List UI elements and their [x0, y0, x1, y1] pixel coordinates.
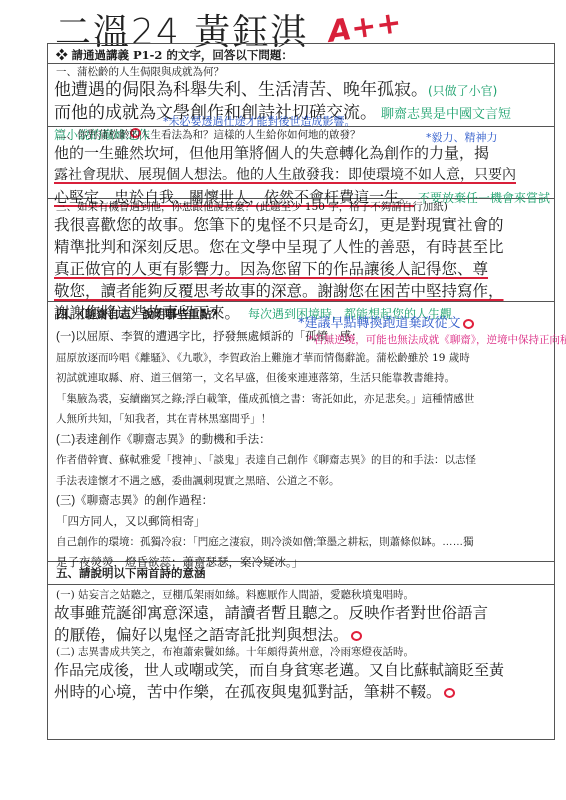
- point-3-text: 自己創作的環境：孤獨冷寂：「門庭之淒寂，則冷淡如僧;筆墨之耕耘，則蕭條似缽。………: [48, 532, 554, 553]
- answer-3-line-2: 精準批判和深刻反思。您在文學中呈現了人性的善惡，有時甚至比: [48, 236, 554, 258]
- poem-2-answer-line-2: 州時的心境，苦中作樂，在孤夜與鬼狐對話，筆耕不輟。: [48, 681, 554, 703]
- teacher-note: *未必要透過仕途才能對後世造成影響。: [163, 113, 356, 129]
- poem-1-answer-line-1: 故事雖荒誕卻寓意深遠，請讀者暫且聽之。反映作者對世俗語言: [48, 602, 554, 624]
- teacher-note: *若無逆境，可能也無法成就《聊齋》，逆境中保持正向積: [308, 332, 566, 347]
- teacher-note: (只做了小官): [428, 84, 497, 98]
- point-2-text: 作者借幹寶、蘇軾雅愛「搜神」、「談鬼」表達自己創作《聊齋志異》的目的和手法：以志…: [48, 450, 554, 471]
- point-3-text: 「四方同人，又以郵筒相寄」: [48, 512, 554, 533]
- instruction-row: ❖ 請通過講義 P1-2 的文字，回答以下問題：: [48, 44, 554, 64]
- point-1-text: 初試就連取縣、府、道三個第一，文名早盛，但後來連連落第，生活只能靠教書維持。: [48, 368, 554, 389]
- teacher-note: *毅力、精神力: [426, 129, 498, 145]
- teacher-note: *建議早點轉換跑道棄政從文: [298, 312, 474, 331]
- point-3-heading: (三)《聊齋志異》的創作過程：: [48, 491, 554, 512]
- answer-1-line-1: 他遭遇的侷限為科舉失利、生活清苦、晚年孤寂。(只做了小官): [48, 79, 554, 102]
- worksheet-table: ❖ 請通過講義 P1-2 的文字，回答以下問題： 一、蒲松齡的人生侷限與成就為何…: [47, 43, 555, 740]
- question-4-section: 四、〈聊齋自志〉說明哪些重點？ *建議早點轉換跑道棄政從文 *若無逆境，可能也無…: [48, 302, 554, 562]
- teacher-note: 聊齋志異是中國文言短: [381, 107, 511, 122]
- point-2-text: 手法表達懷才不遇之感，委曲諷刺現實之黑暗、公道之不彰。: [48, 471, 554, 492]
- answer-3-line-1: 我很喜歡您的故事。您筆下的鬼怪不只是奇幻，更是對現實社會的: [48, 214, 554, 236]
- question-2-section: *未必要透過仕途才能對後世造成影響。 二、你對蒲松齡的人生看法為和？這樣的人生給…: [48, 127, 554, 199]
- question-5-section: 五、請說明以下兩首詩的意涵 (一) 姑妄言之姑聽之，豆棚瓜架雨如絲。料應厭作人間…: [48, 562, 554, 741]
- poem-2-text: (二) 志異書成共笑之，布袍蕭索鬢如絲。十年頗得黃州意，冷雨寒燈夜話時。: [48, 646, 554, 659]
- poem-1-answer-line-2: 的厭倦，偏好以鬼怪之語寄託批判與想法。: [48, 624, 554, 646]
- point-1-text: 「集腋為裘，妄續幽冥之錄;浮白載筆，僅成孤憤之書：寄託如此，亦足悲矣。」這種情感…: [48, 389, 554, 410]
- point-1-text: 人無所共知，「知我者，其在青林黑塞間乎」！: [48, 409, 554, 430]
- check-mark-icon: [444, 688, 455, 698]
- question-3-section: 三、如果有機會遇到他，你想跟他說甚麼？(此題至少 150 字，格子不夠請自行加紙…: [48, 199, 554, 302]
- answer-2-line-2: 露社會現狀、展現個人想法。他的人生啟發我：即使環境不如人意，只要內: [48, 164, 554, 186]
- answer-3-line-4: 敬您，讀者能夠反覆思考故事的深意。謝謝您在困苦中堅持寫作，: [48, 280, 554, 302]
- answer-3-line-3: 真正做官的人更有影響力。因為您留下的作品讓後人記得您、尊: [48, 258, 554, 280]
- check-mark-icon: [351, 631, 362, 641]
- poem-2-answer-line-1: 作品完成後，世人或嘲或笑，而自身貧寒老邁。又自比蘇軾謫貶至黃: [48, 659, 554, 681]
- question-5-prompt: 五、請說明以下兩首詩的意涵: [48, 562, 554, 585]
- point-2-heading: (二)表達創作《聊齋志異》的動機和手法：: [48, 430, 554, 451]
- question-3-prompt: 三、如果有機會遇到他，你想跟他說甚麼？(此題至少 150 字，格子不夠請自行加紙…: [48, 199, 554, 214]
- poem-1-text: (一) 姑妄言之姑聽之，豆棚瓜架雨如絲。料應厭作人間語，愛聽秋墳鬼唱時。: [48, 585, 554, 602]
- answer-2-line-1: 他的一生雖然坎坷，但他用筆將個人的失意轉化為創作的力量，揭: [48, 142, 554, 164]
- point-1-text: 屈原放逐而吟唱《離騷》、《九歌》，李賀政治上難施才華而情傷辭詭。蒲松齡雖於 19…: [48, 348, 554, 369]
- check-mark-icon: [463, 319, 474, 329]
- question-1-prompt: 一、蒲松齡的人生侷限與成就為何？: [48, 64, 554, 79]
